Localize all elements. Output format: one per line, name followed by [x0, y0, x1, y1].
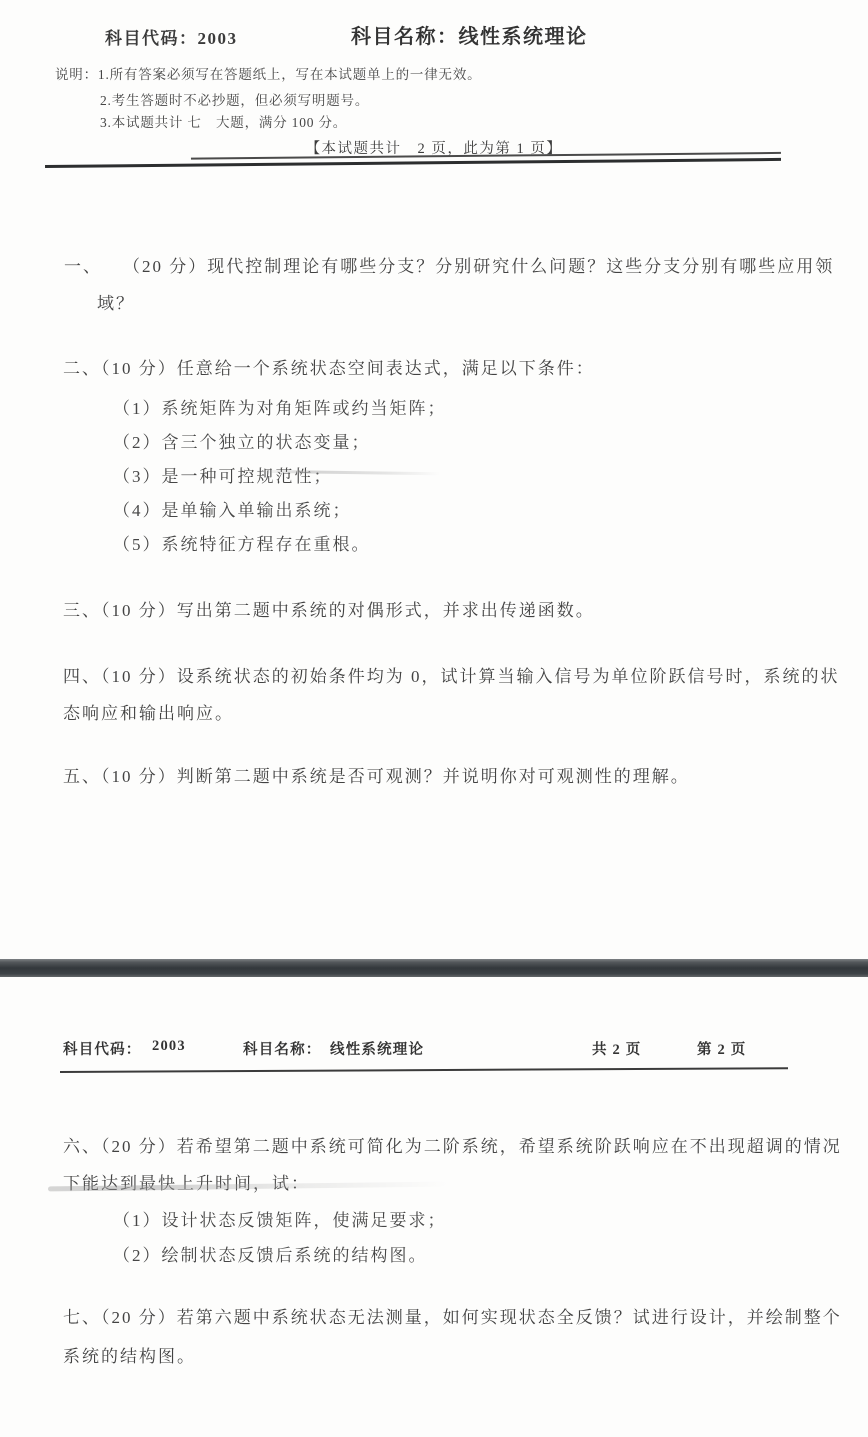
page-separator-band	[0, 959, 868, 977]
question-2-subitem-4: （4）是单输入单输出系统；	[113, 496, 352, 521]
question-6-subitem-1: （1）设计状态反馈矩阵，使满足要求；	[113, 1206, 447, 1231]
question-4-line-2: 态响应和输出响应。	[63, 699, 234, 724]
page1-subject-name: 科目名称：线性系统理论	[351, 20, 588, 49]
page2-subject-code: 2003	[152, 1038, 186, 1055]
question-7-line-1: 七、（20 分）若第六题中系统状态无法测量，如何实现状态全反馈？试进行设计，并绘…	[63, 1303, 842, 1328]
instructions-item-1: 1.所有答案必须写在答题纸上，写在本试题单上的一律无效。	[98, 67, 482, 82]
question-6-line-1: 六、（20 分）若希望第二题中系统可简化为二阶系统，希望系统阶跃响应在不出现超调…	[63, 1132, 842, 1157]
header-rule-thick	[45, 158, 781, 168]
question-6-subitem-2: （2）绘制状态反馈后系统的结构图。	[113, 1241, 428, 1266]
question-1-line-2: 域？	[97, 289, 135, 314]
question-2-subitem-1: （1）系统矩阵为对角矩阵或约当矩阵；	[113, 394, 447, 419]
instructions-line-1: 说明：1.所有答案必须写在答题纸上，写在本试题单上的一律无效。	[55, 63, 481, 83]
question-2-subitem-2: （2）含三个独立的状态变量；	[113, 428, 371, 453]
question-4-line-1: 四、（10 分）设系统状态的初始条件均为 0，试计算当输入信号为单位阶跃信号时，…	[63, 662, 840, 687]
page1-subject-code: 科目代码：2003	[105, 24, 238, 49]
page2-header-rule	[60, 1067, 788, 1073]
question-1-line-1: 一、 （20 分）现代控制理论有哪些分支？分别研究什么问题？这些分支分别有哪些应…	[64, 252, 834, 277]
question-5-line-1: 五、（10 分）判断第二题中系统是否可观测？并说明你对可观测性的理解。	[63, 762, 690, 787]
page2-subject-name-label: 科目名称：	[243, 1038, 322, 1059]
question-3-line-1: 三、（10 分）写出第二题中系统的对偶形式，并求出传递函数。	[63, 596, 595, 621]
question-2-line-1: 二、（10 分）任意给一个系统状态空间表达式，满足以下条件：	[63, 354, 595, 379]
scanned-exam-sheet: 科目代码：2003 科目名称：线性系统理论 说明：1.所有答案必须写在答题纸上，…	[0, 0, 868, 1437]
question-2-subitem-3: （3）是一种可控规范性；	[113, 462, 333, 487]
question-7-line-2: 系统的结构图。	[63, 1342, 196, 1367]
instructions-item-2: 2.考生答题时不必抄题，但必须写明题号。	[100, 89, 369, 109]
page2-subject-code-label: 科目代码：	[63, 1038, 142, 1059]
question-2-subitem-5: （5）系统特征方程存在重根。	[113, 530, 371, 555]
instructions-label: 说明：	[55, 67, 98, 82]
page2-pages-total: 共 2 页	[592, 1038, 642, 1059]
instructions-item-3: 3.本试题共计 七 大题，满分 100 分。	[100, 111, 347, 131]
page2-subject-name: 线性系统理论	[330, 1038, 424, 1059]
page2-page-number: 第 2 页	[697, 1038, 747, 1059]
